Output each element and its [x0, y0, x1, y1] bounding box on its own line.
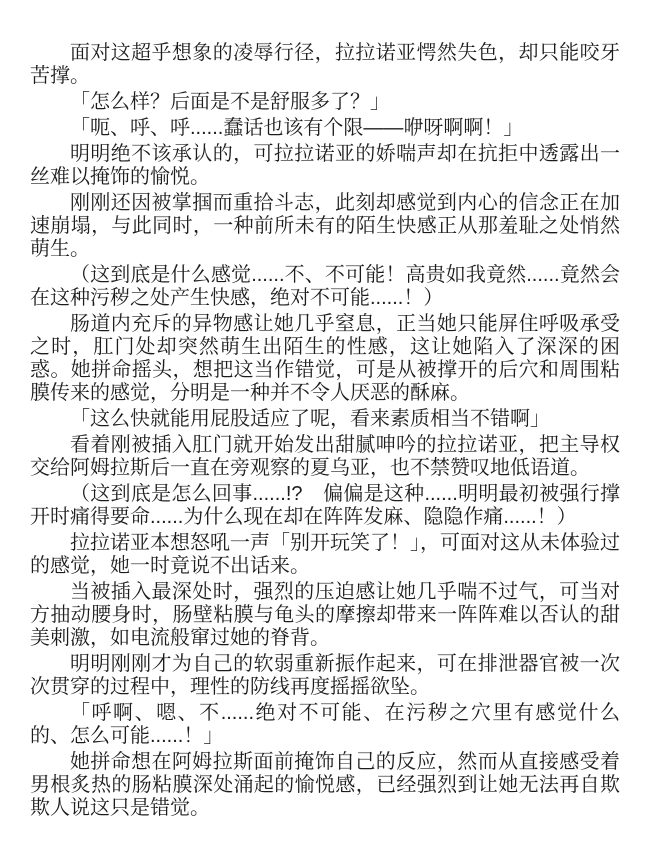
paragraph-dialogue: 「这么快就能用屁股适应了呢，看来素质相当不错啊」	[30, 408, 620, 431]
paragraph-narration: 刚刚还因被掌掴而重拾斗志，此刻却感觉到内心的信念正在加速崩塌，与此同时，一种前所…	[30, 192, 620, 261]
paragraph-dialogue: 「怎么样？后面是不是舒服多了？」	[30, 91, 620, 114]
paragraph-narration: 看着刚被插入肛门就开始发出甜腻呻吟的拉拉诺亚，把主导权交给阿姆拉斯后一直在旁观察…	[30, 434, 620, 480]
paragraph-narration: 明明绝不该承认的，可拉拉诺亚的娇喘声却在抗拒中透露出一丝难以掩饰的愉悦。	[30, 143, 620, 189]
paragraph-inner-monologue: （这到底是怎么回事......!? 偏偏是这种......明明最初被强行撑开时痛…	[30, 483, 620, 529]
paragraph-narration: 她拼命想在阿姆拉斯面前掩饰自己的反应，然而从直接感受着男根炙热的肠粘膜深处涌起的…	[30, 751, 620, 820]
paragraph-narration: 当被插入最深处时，强烈的压迫感让她几乎喘不过气，可当对方抽动腰身时，肠壁粘膜与龟…	[30, 581, 620, 650]
paragraph-inner-monologue: （这到底是什么感觉......不、不可能！高贵如我竟然......竟然会在这种污…	[30, 264, 620, 310]
novel-reader-page: 面对这超乎想象的凌辱行径，拉拉诺亚愕然失色，却只能咬牙苦撑。 「怎么样？后面是不…	[0, 0, 650, 850]
paragraph-dialogue: 「呃、呼、呼......蠢话也该有个限——咿呀啊啊！」	[30, 117, 620, 140]
paragraph-dialogue: 「呼啊、嗯、不......绝对不可能、在污秽之穴里有感觉什么的、怎么可能....…	[30, 702, 620, 748]
paragraph-narration: 肠道内充斥的异物感让她几乎窒息，正当她只能屏住呼吸承受之时，肛门处却突然萌生出陌…	[30, 313, 620, 405]
paragraph-narration: 拉拉诺亚本想怒吼一声「别开玩笑了！」，可面对这从未体验过的感觉，她一时竟说不出话…	[30, 532, 620, 578]
paragraph-narration: 明明刚刚才为自己的软弱重新振作起来，可在排泄器官被一次次贯穿的过程中，理性的防线…	[30, 653, 620, 699]
paragraph-narration: 面对这超乎想象的凌辱行径，拉拉诺亚愕然失色，却只能咬牙苦撑。	[30, 42, 620, 88]
